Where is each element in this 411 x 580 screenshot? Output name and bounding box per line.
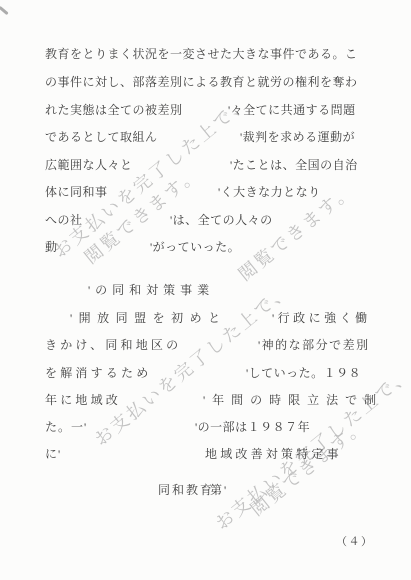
text-line-segment: '裁判を求める運動が (240, 130, 355, 144)
text-line-segment: であるとして取組ん (45, 130, 158, 144)
text-line-segment: れた実態は全ての被差別 (45, 103, 183, 117)
text-line-segment: '々全てに共通する問題 (228, 103, 356, 117)
text-line-segment: 'の同和対策事業 (88, 283, 214, 297)
text-line-segment: 'く大きな力となり (218, 185, 321, 199)
text-line-segment: 体に同和事 (45, 185, 108, 199)
section-heading: 第' (210, 483, 228, 497)
text-line-segment: 動 (45, 240, 58, 254)
text-line-segment: '行政に強く働 (272, 311, 371, 325)
text-line-segment: 地域改善対策特定事 (205, 447, 342, 461)
text-line-segment: への社 (45, 213, 83, 227)
text-line-segment: に' (45, 447, 61, 461)
document-page: お支払いを完了した上で、閲覧できます。閲覧できます。お支払いを完了した上で、お支… (0, 0, 411, 580)
text-line-segment: '開放同盟を初めと (70, 311, 227, 325)
text-line-segment: 'は、全ての人々の (170, 213, 273, 227)
scan-smudge (0, 6, 9, 15)
text-line-segment: 広範囲な人々と (45, 158, 133, 172)
text-line-segment: 教育をとりまく状況を一変させた大きな事件である。こ (45, 47, 358, 61)
page-number: （４） (336, 535, 374, 549)
text-line-segment: の事件に対し、部落差別による教育と就労の権利を奪わ (45, 75, 358, 89)
text-line-segment: た。一' (45, 420, 87, 434)
text-line-segment: を解消するため (45, 366, 151, 380)
section-heading: 同和教育 (158, 483, 214, 497)
text-line-segment: きかけ、同和地区の (45, 338, 181, 352)
text-line-segment: 年に地域改 (45, 393, 121, 407)
text-line-segment: 'していった。１９８ (246, 366, 361, 380)
text-line-segment: 'がっていった。 (150, 240, 240, 254)
text-line-segment: '神的な部分で差別 (258, 338, 370, 352)
text-line-segment: '年間の時限立法で制 (203, 393, 383, 407)
watermark-text: お支払いを完了した上で、 (50, 92, 253, 262)
text-line-segment: 'の一部は１９８７年 (195, 420, 310, 434)
text-line-segment: 'たことは、全国の自治 (230, 158, 358, 172)
